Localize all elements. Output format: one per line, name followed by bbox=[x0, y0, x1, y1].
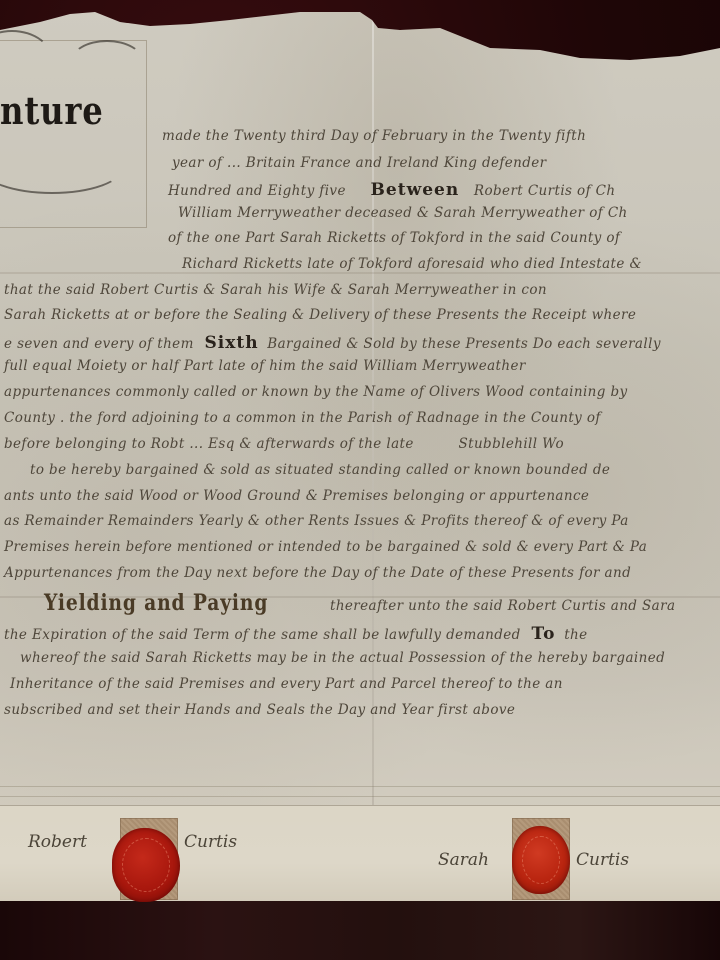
keyword-yielding-and-paying: Yielding and Paying bbox=[44, 590, 268, 616]
text-line: Richard Ricketts late of Tokford aforesa… bbox=[182, 256, 642, 272]
text-fragment: before belonging to Robt ... Esq & after… bbox=[4, 436, 414, 452]
keyword-between: Between bbox=[371, 180, 460, 200]
text-fragment: the Expiration of the said Term of the s… bbox=[4, 627, 521, 643]
signature-first-name: Sarah bbox=[438, 850, 489, 870]
text-line: ants unto the said Wood or Wood Ground &… bbox=[4, 488, 589, 504]
seal-emboss bbox=[122, 838, 170, 892]
text-line: appurtenances commonly called or known b… bbox=[4, 384, 628, 400]
text-fragment: the bbox=[564, 627, 587, 643]
wax-seal bbox=[112, 828, 180, 902]
signature-last-name: Curtis bbox=[576, 850, 629, 870]
text-line: Hundred and Eighty five Between Robert C… bbox=[168, 180, 616, 200]
text-line: Premises herein before mentioned or inte… bbox=[4, 539, 647, 555]
text-line: full equal Moiety or half Part late of h… bbox=[4, 358, 526, 374]
vertical-fold bbox=[372, 20, 374, 900]
text-line: Sarah Ricketts at or before the Sealing … bbox=[4, 307, 636, 323]
text-line: subscribed and set their Hands and Seals… bbox=[4, 702, 515, 718]
velvet-backdrop bbox=[0, 900, 720, 960]
text-fragment: e seven and every of them bbox=[4, 336, 194, 352]
text-line: before belonging to Robt ... Esq & after… bbox=[4, 436, 564, 452]
text-line: thereafter unto the said Robert Curtis a… bbox=[330, 598, 675, 614]
text-line: County . the ford adjoining to a common … bbox=[4, 410, 601, 426]
text-line: to be hereby bargained & sold as situate… bbox=[30, 462, 610, 478]
text-fragment: Bargained & Sold by these Presents Do ea… bbox=[267, 336, 661, 352]
text-line: year of ... Britain France and Ireland K… bbox=[172, 155, 547, 171]
party-name: Robert Curtis of Ch bbox=[474, 183, 616, 199]
horizontal-fold bbox=[0, 272, 720, 274]
text-line: as Remainder Remainders Yearly & other R… bbox=[4, 513, 629, 529]
signature-first-name: Robert bbox=[28, 832, 87, 852]
text-line: the Expiration of the said Term of the s… bbox=[4, 624, 588, 644]
text-fragment: Hundred and Eighty five bbox=[168, 183, 346, 199]
text-line: made the Twenty third Day of February in… bbox=[162, 128, 586, 144]
text-line: whereof the said Sarah Ricketts may be i… bbox=[20, 650, 665, 666]
text-line: e seven and every of them Sixth Bargaine… bbox=[4, 333, 661, 353]
keyword-sixth: Sixth bbox=[204, 333, 258, 353]
text-line: that the said Robert Curtis & Sarah his … bbox=[4, 282, 547, 298]
ruled-line bbox=[0, 786, 720, 787]
seal-emboss bbox=[522, 836, 560, 884]
text-line: Inheritance of the said Premises and eve… bbox=[10, 676, 563, 692]
text-line: of the one Part Sarah Ricketts of Tokfor… bbox=[168, 230, 620, 246]
keyword-to: To bbox=[531, 624, 555, 644]
signature-strip: Robert Curtis Sarah Curtis bbox=[0, 805, 720, 901]
document-title: nture bbox=[0, 88, 104, 133]
parchment-document: nture made the Twenty third Day of Febru… bbox=[0, 0, 720, 900]
signature-last-name: Curtis bbox=[184, 832, 237, 852]
wax-seal bbox=[512, 826, 570, 894]
text-line: William Merryweather deceased & Sarah Me… bbox=[178, 205, 628, 221]
place-name: Stubblehill Wo bbox=[458, 436, 564, 452]
ruled-line bbox=[0, 796, 720, 797]
calligraphic-flourish bbox=[70, 40, 144, 84]
text-line: Appurtenances from the Day next before t… bbox=[4, 565, 631, 581]
